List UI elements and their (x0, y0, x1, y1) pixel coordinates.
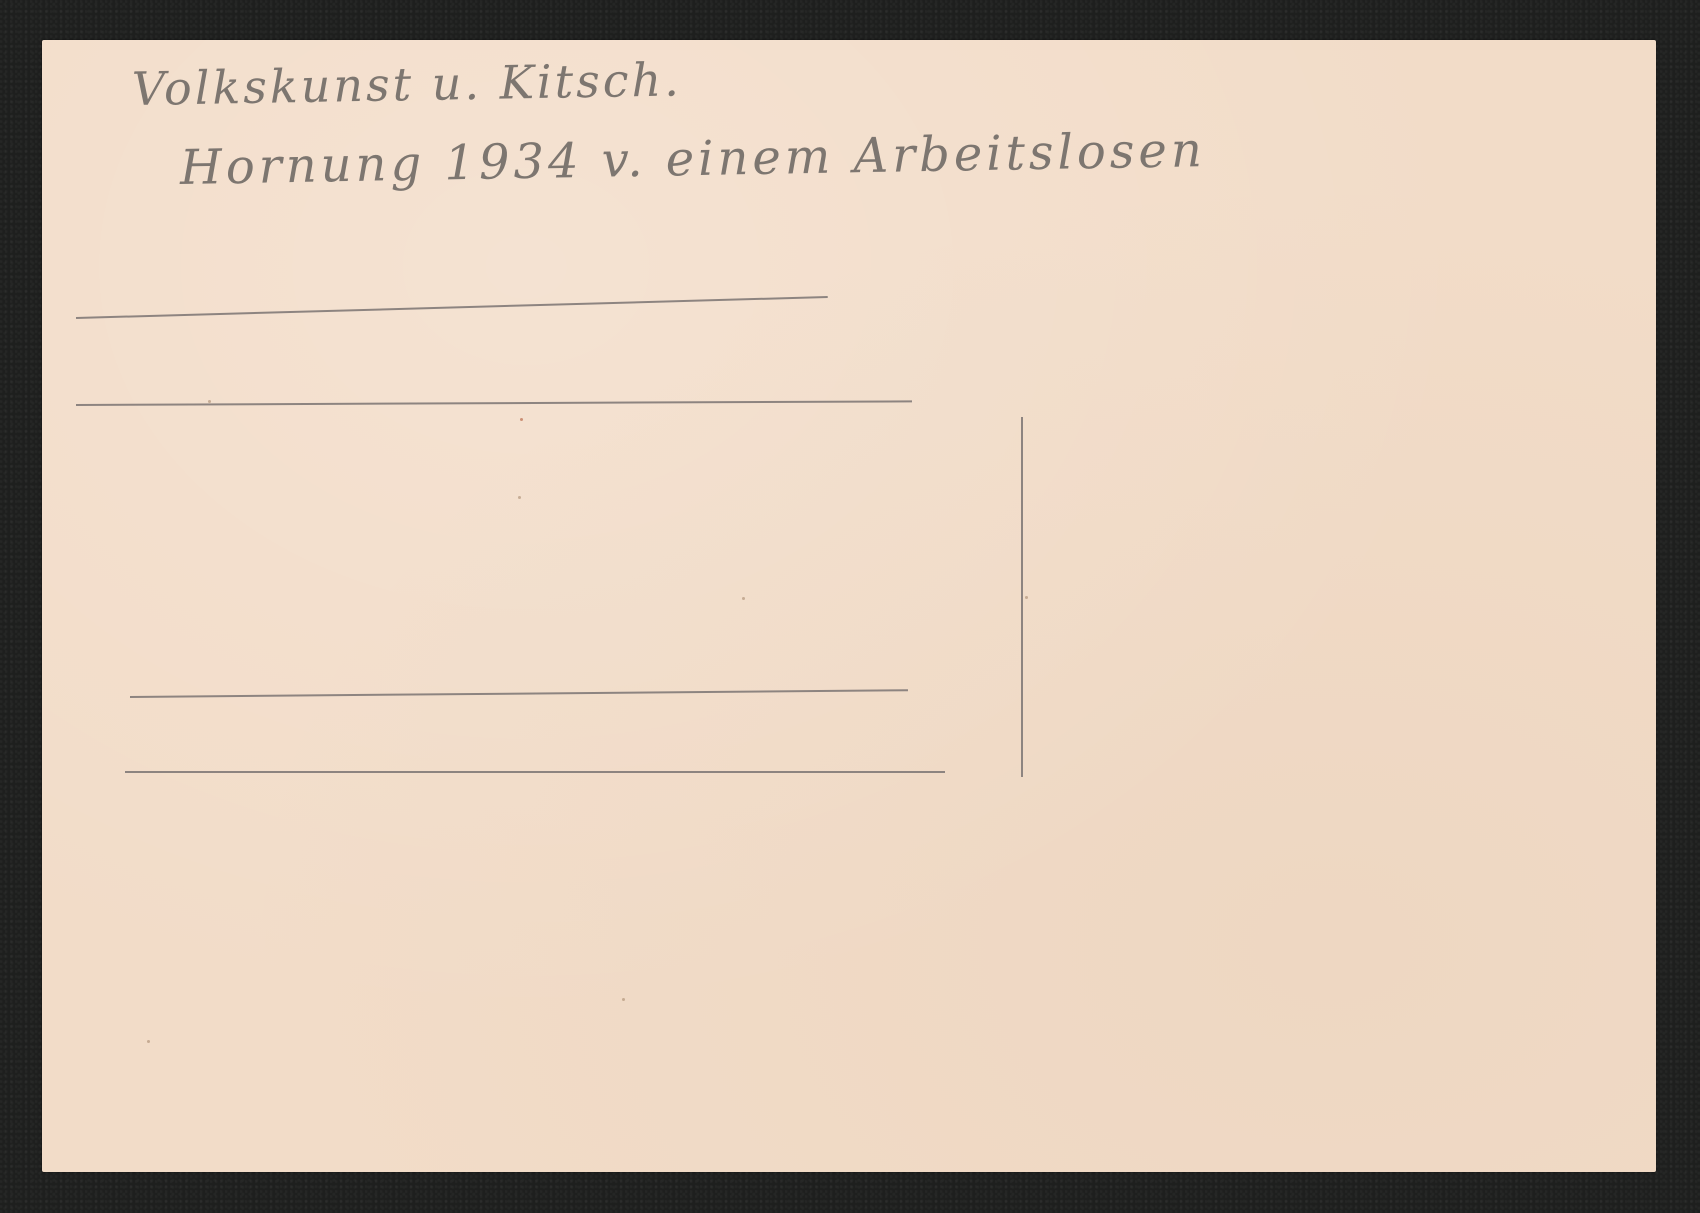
handwritten-note-line-2: Hornung 1934 v. einem Arbeitslosen (180, 122, 1207, 196)
address-line-4 (125, 771, 945, 773)
paper-speck (520, 418, 523, 421)
paper-speck (147, 1040, 150, 1043)
paper-speck (742, 597, 745, 600)
address-line-2 (76, 400, 912, 405)
handwritten-note-line-1: Volkskunst u. Kitsch. (132, 52, 683, 116)
vertical-divider-line (1021, 417, 1023, 777)
address-line-3 (130, 689, 908, 697)
address-line-1 (76, 296, 828, 319)
paper-speck (518, 496, 521, 499)
paper-speck (1025, 596, 1028, 599)
paper-speck (622, 998, 625, 1001)
postcard-back: Volkskunst u. Kitsch. Hornung 1934 v. ei… (42, 40, 1656, 1172)
paper-speck (208, 400, 211, 403)
